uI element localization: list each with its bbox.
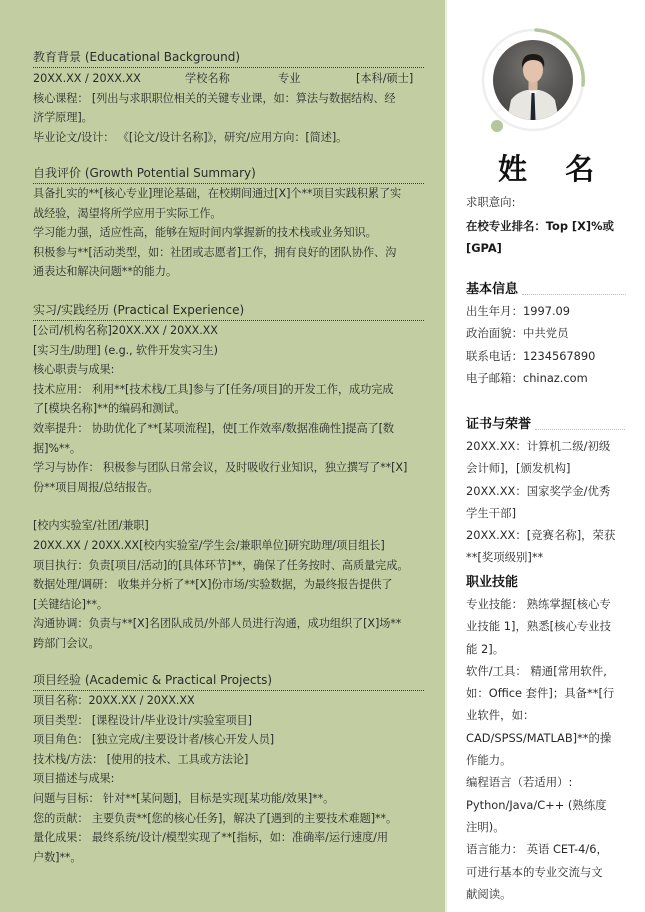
skill-line: 编程语言（若适用）: xyxy=(466,771,626,793)
project-line: 项目类型： [课程设计/毕业设计/实验室项目] xyxy=(33,711,424,731)
basic-info-item: 政治面貌：中共党员 xyxy=(466,322,626,344)
experience-line: [关键结论]**。 xyxy=(33,595,424,615)
skill-line: 软件/工具： 精通[常用软件, xyxy=(466,660,626,682)
skill-line: 业技能 1]，熟悉[核心专业技 xyxy=(466,615,626,637)
skill-line: 献阅读。 xyxy=(466,883,626,905)
divider xyxy=(535,429,625,430)
experience-line: 效率提升： 协助优化了**[某项流程]，使[工作效率/数据准确性]提高了[数 xyxy=(33,419,424,439)
experience-line: 核心职责与成果: xyxy=(33,360,424,380)
projects-title: 项目经验 (Academic & Practical Projects) xyxy=(33,672,424,691)
certificates-title-text: 证书与荣誉 xyxy=(466,415,531,435)
experience-line: 沟通协调：负责与**[X]名团队成员/外部人员进行沟通，成功组织了[X]场** xyxy=(33,614,424,634)
project-line: 问题与目标： 针对**[某问题]，目标是实现[某功能/效果]**。 xyxy=(33,789,424,809)
project-line: 户数]**。 xyxy=(33,848,424,868)
divider xyxy=(522,294,626,295)
experience-line: 数据处理/调研： 收集并分析了**[X]份市场/实验数据，为最终报告提供了 xyxy=(33,575,424,595)
education-major: 专业 xyxy=(278,69,356,89)
experience-line: [公司/机构名称]20XX.XX / 20XX.XX xyxy=(33,321,424,341)
basic-info-title: 基本信息 xyxy=(466,280,626,300)
skills-title-text: 职业技能 xyxy=(466,573,518,593)
skill-line: Python/Java/C++ (熟练度 xyxy=(466,794,626,816)
experience-line: 20XX.XX / 20XX.XX[校内实验室/学生会/兼职单位]研究助理/项目… xyxy=(33,536,424,556)
education-line: 毕业论文/设计： 《[论文/设计名称]》，研究/应用方向：[简述]。 xyxy=(33,128,424,148)
skill-line: 能 2]。 xyxy=(466,638,626,660)
ranking-text: 在校专业排名：Top [X]%或[GPA] xyxy=(466,215,626,259)
certificate-line: 学生干部] xyxy=(466,502,626,524)
education-title: 教育背景 (Educational Background) xyxy=(33,49,424,68)
experience-title: 实习/实践经历 (Practical Experience) xyxy=(33,302,424,321)
self-evaluation-line: 学习能力强，适应性高，能够在短时间内掌握新的技术栈或业务知识。 xyxy=(33,223,424,243)
basic-info-title-text: 基本信息 xyxy=(466,280,518,300)
certificate-line: 20XX.XX：计算机二级/初级 xyxy=(466,435,626,457)
avatar-container xyxy=(479,27,589,137)
skill-line: 专业技能： 熟练掌握[核心专 xyxy=(466,593,626,615)
education-section: 教育背景 (Educational Background) 20XX.XX / … xyxy=(33,49,424,147)
skills-title: 职业技能 xyxy=(466,573,626,593)
certificate-line: 20XX.XX：国家奖学金/优秀 xyxy=(466,480,626,502)
self-evaluation-line: 通表达和解决问题**的能力。 xyxy=(33,262,424,282)
skill-line: 如：Office 套件]；具备**[行 xyxy=(466,682,626,704)
experience-line: 项目执行：负责[项目/活动]的[具体环节]**，确保了任务按时、高质量完成。 xyxy=(33,556,424,576)
skill-line: 业软件，如： xyxy=(466,704,626,726)
skills-section: 职业技能 专业技能： 熟练掌握[核心专 业技能 1]，熟悉[核心专业技 能 2]… xyxy=(466,573,626,905)
certificate-line: 20XX.XX：[竞赛名称]，荣获 xyxy=(466,524,626,546)
job-intention-label: 求职意向: xyxy=(466,191,626,213)
skill-line: 可进行基本的专业交流与文 xyxy=(466,861,626,883)
skill-line: CAD/SPSS/MATLAB]**的操 xyxy=(466,727,626,749)
self-evaluation-line: 具备扎实的**[核心专业]理论基础，在校期间通过[X]个**项目实践积累了实 xyxy=(33,184,424,204)
skill-line: 作能力。 xyxy=(466,749,626,771)
self-evaluation-title: 自我评价 (Growth Potential Summary) xyxy=(33,165,424,184)
self-evaluation-line: 积极参与**[活动类型，如：社团或志愿者]工作，拥有良好的团队协作、沟 xyxy=(33,243,424,263)
project-line: 您的贡献： 主要负责**[您的核心任务]，解决了[遇到的主要技术难题]**。 xyxy=(33,809,424,829)
certificate-line: **[奖项级别]** xyxy=(466,546,626,568)
projects-section: 项目经验 (Academic & Practical Projects) 项目名… xyxy=(33,672,424,867)
education-line: 核心课程： [列出与求职职位相关的关键专业课，如：算法与数据结构、经 xyxy=(33,89,424,109)
self-evaluation-line: 战经验，渴望将所学应用于实际工作。 xyxy=(33,204,424,224)
avatar xyxy=(493,40,573,120)
experience-line: [校内实验室/社团/兼职] xyxy=(33,516,424,536)
certificates-section: 证书与荣誉 20XX.XX：计算机二级/初级 会计师]，[颁发机构] 20XX.… xyxy=(466,415,626,569)
education-period: 20XX.XX / 20XX.XX xyxy=(33,69,185,89)
project-line: 技术栈/方法： [使用的技术、工具或方法论] xyxy=(33,750,424,770)
skill-line: 语言能力： 英语 CET-4/6， xyxy=(466,838,626,860)
self-evaluation-section: 自我评价 (Growth Potential Summary) 具备扎实的**[… xyxy=(33,165,424,282)
certificates-title: 证书与荣誉 xyxy=(466,415,626,435)
project-line: 项目角色： [独立完成/主要设计者/核心开发人员] xyxy=(33,730,424,750)
project-line: 项目描述与成果: xyxy=(33,769,424,789)
candidate-name: 姓 名 xyxy=(498,152,608,186)
basic-info-item: 出生年月：1997.09 xyxy=(466,300,626,322)
experience-line: 跨部门会议。 xyxy=(33,634,424,654)
education-row: 20XX.XX / 20XX.XX 学校名称 专业 [本科/硕士] xyxy=(33,69,424,89)
education-school: 学校名称 xyxy=(185,69,278,89)
skill-line: 注明)。 xyxy=(466,816,626,838)
experience-section: 实习/实践经历 (Practical Experience) [公司/机构名称]… xyxy=(33,302,424,654)
experience-line: 了[模块名称]**的编码和测试。 xyxy=(33,399,424,419)
experience-line: 份**项目周报/总结报告。 xyxy=(33,478,424,498)
basic-info-section: 基本信息 出生年月：1997.09 政治面貌：中共党员 联系电话：1234567… xyxy=(466,280,626,389)
basic-info-item: 电子邮箱：chinaz.com xyxy=(466,367,626,389)
basic-info-item: 联系电话：1234567890 xyxy=(466,345,626,367)
profile-summary: 求职意向: 在校专业排名：Top [X]%或[GPA] xyxy=(466,191,626,259)
project-line: 量化成果： 最终系统/设计/模型实现了**[指标，如：准确率/运行速度/用 xyxy=(33,828,424,848)
project-line: 项目名称：20XX.XX / 20XX.XX xyxy=(33,691,424,711)
education-degree: [本科/硕士] xyxy=(356,69,413,89)
experience-line: 技术应用： 利用**[技术栈/工具]参与了[任务/项目]的开发工作，成功完成 xyxy=(33,380,424,400)
experience-line: 据]%**。 xyxy=(33,439,424,459)
experience-line: 学习与协作： 积极参与团队日常会议，及时吸收行业知识，独立撰写了**[X] xyxy=(33,458,424,478)
education-line: 济学原理]。 xyxy=(33,108,424,128)
portrait-icon xyxy=(493,40,573,120)
experience-line: [实习生/助理] (e.g., 软件开发实习生) xyxy=(33,341,424,361)
certificate-line: 会计师]，[颁发机构] xyxy=(466,457,626,479)
